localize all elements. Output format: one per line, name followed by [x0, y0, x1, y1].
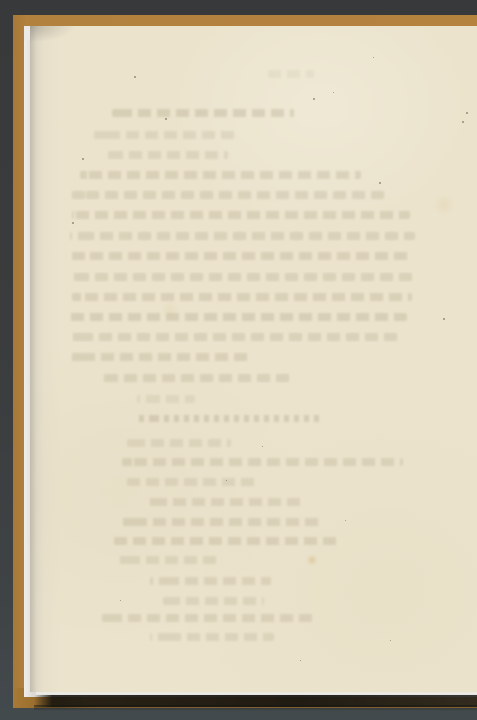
- page-bottom-shadow-soft: [34, 705, 477, 711]
- scan-page: [30, 26, 477, 692]
- page-spine-shading: [30, 26, 64, 692]
- page-corner-shadow: [30, 26, 100, 52]
- scanned-page-photo: [0, 0, 477, 720]
